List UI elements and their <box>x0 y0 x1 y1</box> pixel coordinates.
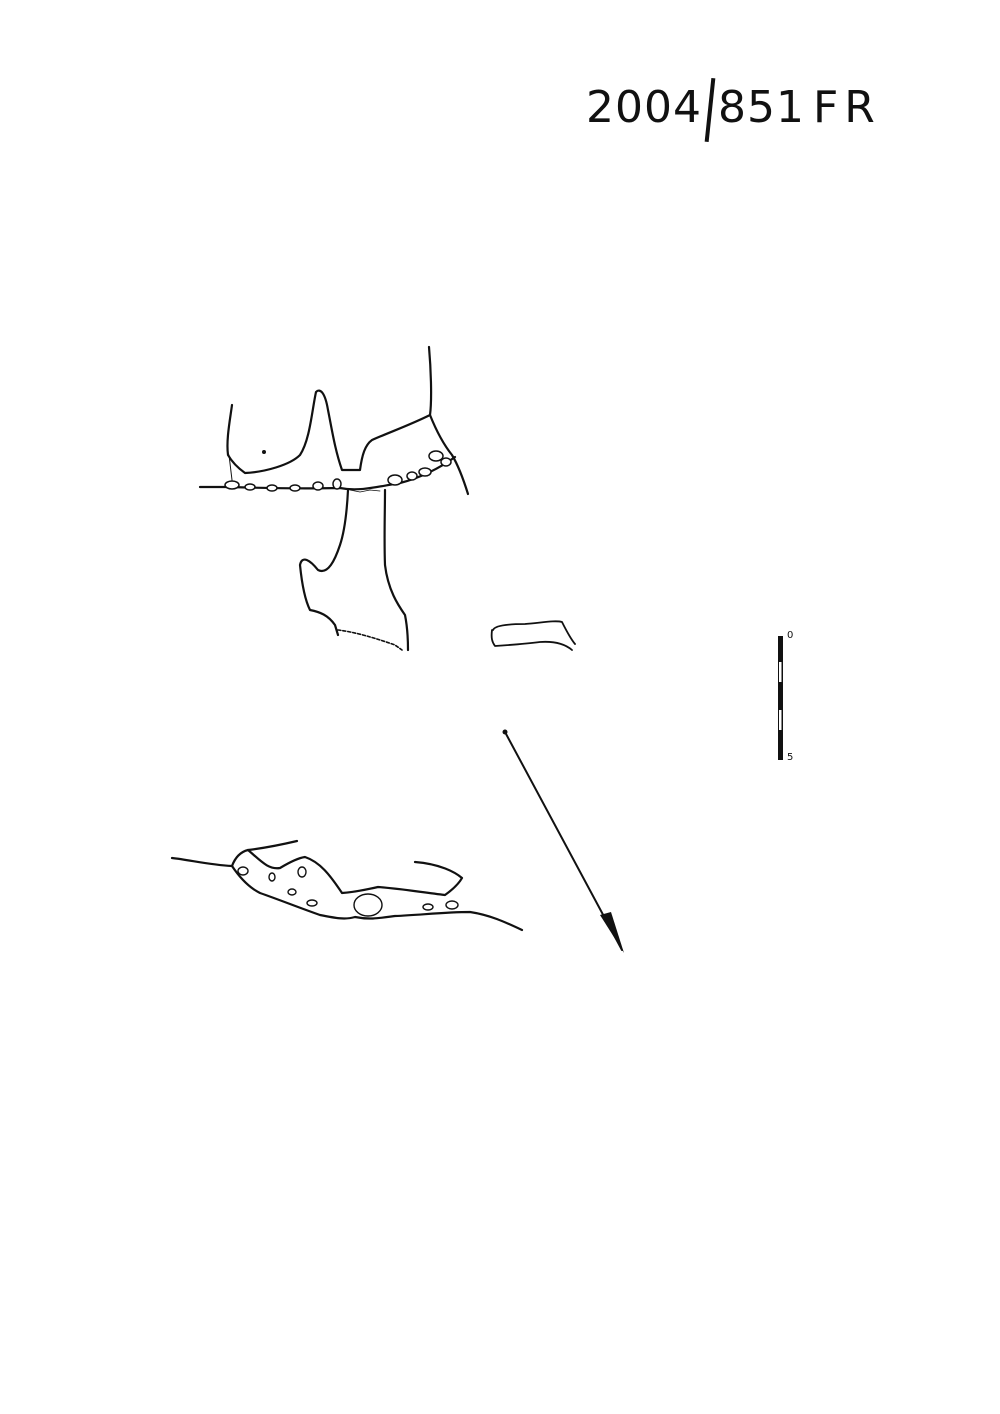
archaeological-drawing <box>0 0 1000 1414</box>
scale-bar <box>778 636 783 760</box>
north-arrow <box>503 730 625 954</box>
lower-section <box>172 841 522 930</box>
scale-label-end: 5 <box>787 752 793 763</box>
scale-label-start: 0 <box>787 630 793 641</box>
upper-plan <box>200 347 468 650</box>
small-feature <box>492 621 575 650</box>
